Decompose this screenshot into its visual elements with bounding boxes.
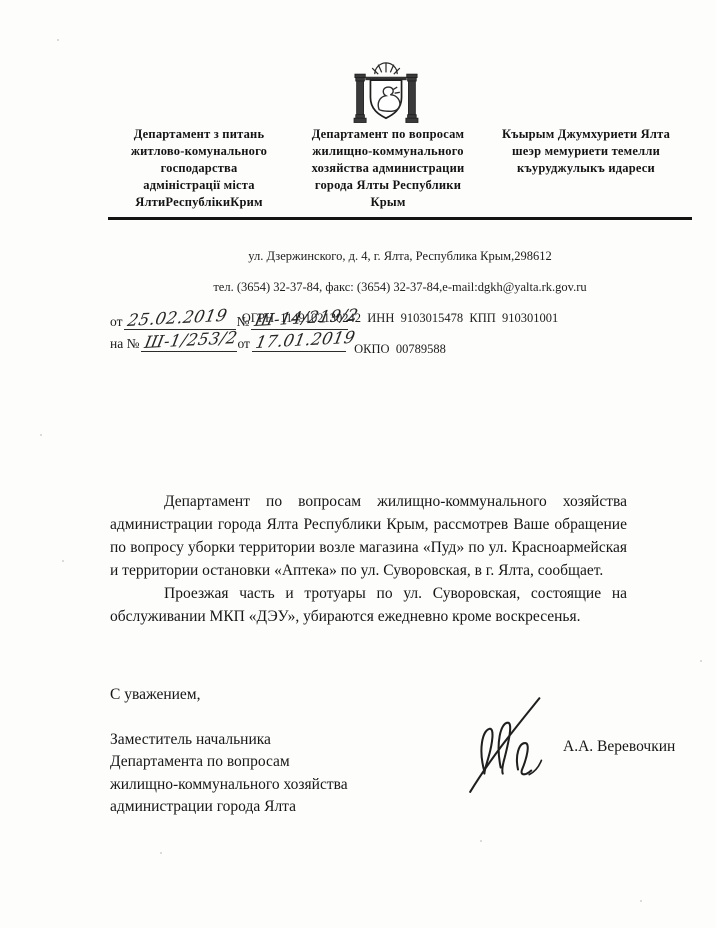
scan-speckle <box>640 900 642 902</box>
letter-page: Департамент з питань житлово-комунальног… <box>0 0 716 928</box>
handwritten-signature <box>462 684 574 796</box>
scan-speckle <box>700 660 702 662</box>
reply-date-handwritten: 17.01.2019 <box>254 328 357 352</box>
org-name-crimean-tatar: Къырым Джумхуриети Ялта шеэр мемуриети т… <box>486 126 686 211</box>
letterhead-separator-line <box>108 217 692 220</box>
scan-speckle <box>480 840 482 842</box>
outgoing-number-handwritten: Ш-14/219/2 <box>253 305 360 330</box>
closing-block: С уважением, Заместитель начальника Депа… <box>110 661 348 841</box>
signer-position: Заместитель начальника Департамента по в… <box>110 729 348 819</box>
outgoing-date-label: от <box>110 314 124 330</box>
incoming-reference-row: на № Ш-1/253/2 от 17.01.2019 <box>110 330 348 352</box>
crimea-coat-of-arms-icon <box>348 58 424 130</box>
org-name-russian: Департамент по вопросам жилищно-коммунал… <box>296 126 480 211</box>
org-name-ukrainian: Департамент з питань житлово-комунальног… <box>108 126 290 211</box>
body-paragraph-1: Департамент по вопросам жилищно-коммунал… <box>110 490 627 582</box>
scan-speckle <box>62 560 64 562</box>
body-paragraph-2: Проезжая часть и тротуары по ул. Суворов… <box>110 582 627 628</box>
scan-speckle <box>160 852 162 854</box>
left-column-icon <box>354 74 366 122</box>
reply-date-label: от <box>237 336 251 352</box>
outgoing-date-handwritten: 25.02.2019 <box>126 306 229 330</box>
reply-number-handwritten: Ш-1/253/2 <box>143 328 239 352</box>
right-column-icon <box>406 74 418 122</box>
letterhead-org-names: Департамент з питань житлово-комунальног… <box>108 126 686 211</box>
address-line: ул. Дзержинского, д. 4, г. Ялта, Республ… <box>108 249 692 265</box>
letter-body: Департамент по вопросам жилищно-коммунал… <box>110 490 627 628</box>
scan-speckle <box>40 434 42 436</box>
reply-number-label: на № <box>110 336 141 352</box>
reply-number-field: Ш-1/253/2 <box>141 331 237 352</box>
signer-name: А.А. Веревочкин <box>563 738 675 756</box>
sun-rays-icon <box>372 63 400 74</box>
outgoing-date-field: 25.02.2019 <box>124 309 236 330</box>
reply-date-field: 17.01.2019 <box>252 331 346 352</box>
outgoing-number-field: Ш-14/219/2 <box>251 309 348 330</box>
outgoing-reference-row: от 25.02.2019 № Ш-14/219/2 <box>110 308 348 330</box>
closing-salutation: С уважением, <box>110 684 348 707</box>
scan-speckle <box>270 613 272 615</box>
scan-speckle <box>57 39 59 41</box>
shield-icon <box>370 80 401 118</box>
reference-block: от 25.02.2019 № Ш-14/219/2 на № Ш-1/253/… <box>110 308 348 352</box>
phone-fax-email-line: тел. (3654) 32-37-84, факс: (3654) 32-37… <box>108 280 692 296</box>
